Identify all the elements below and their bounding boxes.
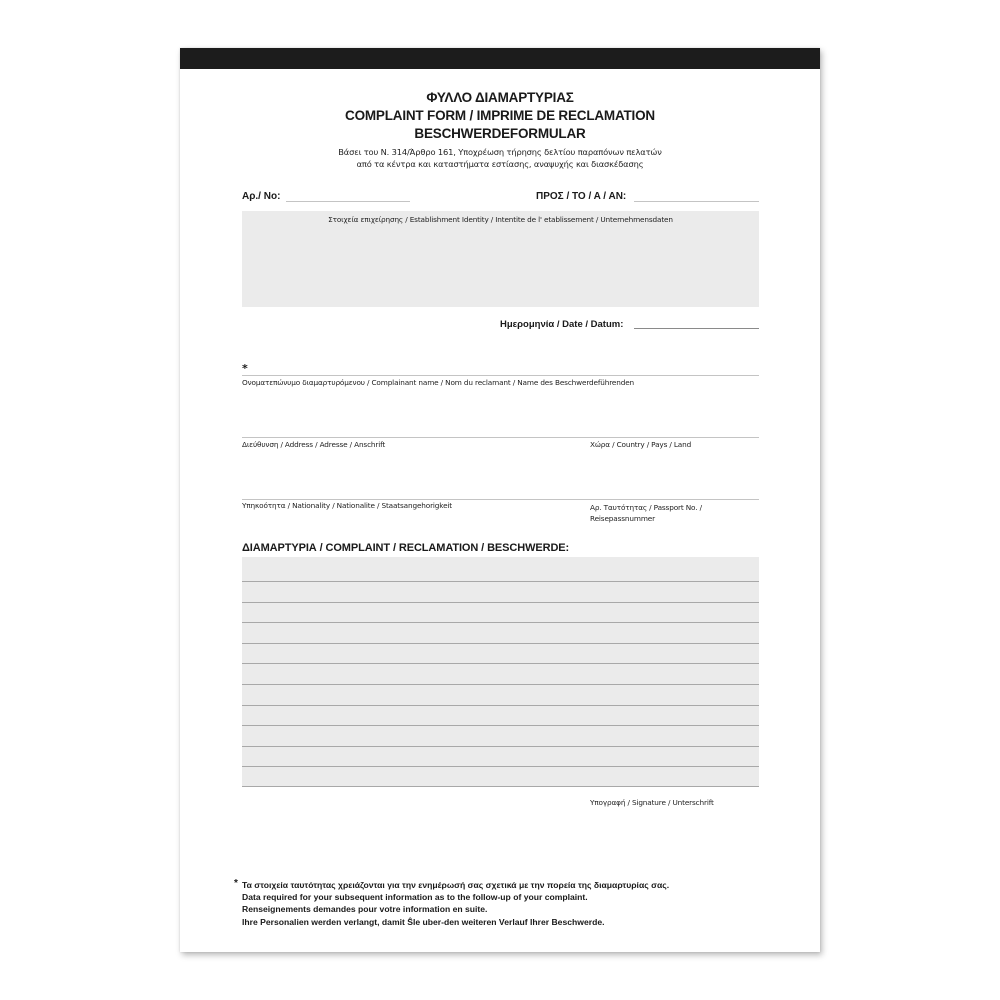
footnote-marker: * [234, 878, 238, 890]
number-label: Αρ./ No: [242, 191, 280, 202]
passport-label-line-2: Reisepassnummer [590, 513, 702, 524]
complaint-ruled-line [242, 725, 759, 726]
passport-label-line-1: Αρ. Ταυτότητας / Passport No. / [590, 502, 702, 513]
complaint-ruled-line [242, 746, 759, 747]
subtitle-line-1: Βάσει του Ν. 314/Άρθρο 161, Υποχρέωση τή… [180, 146, 820, 158]
date-field[interactable] [634, 328, 759, 329]
required-marker: * [242, 362, 248, 375]
complaint-ruled-line [242, 786, 759, 787]
to-label: ΠΡΟΣ / TO / A / AN: [536, 191, 626, 202]
footnote-line-french: Renseignements demandes pour votre infor… [242, 903, 802, 915]
legal-subtitle: Βάσει του Ν. 314/Άρθρο 161, Υποχρέωση τή… [180, 146, 820, 170]
complaint-ruled-line [242, 622, 759, 623]
title-german: BESCHWERDEFORMULAR [180, 126, 820, 141]
complaint-textarea[interactable] [242, 557, 759, 787]
nationality-label: Υπηκοότητα / Nationality / Nationalite /… [242, 500, 452, 511]
complaint-ruled-line [242, 581, 759, 582]
signature-label: Υπογραφή / Signature / Unterschrift [590, 797, 714, 808]
to-field[interactable] [634, 201, 759, 202]
address-label: Διεύθυνση / Address / Adresse / Anschrif… [242, 439, 385, 450]
top-band [180, 48, 820, 69]
country-label: Χώρα / Country / Pays / Land [590, 439, 691, 450]
complainant-name-label: Ονοματεπώνυμο διαμαρτυρόμενου / Complain… [242, 377, 634, 388]
footnote: * Τα στοιχεία ταυτότητας χρειάζονται για… [242, 879, 802, 928]
number-field[interactable] [286, 201, 410, 202]
establishment-field[interactable]: Στοιχεία επιχείρησης / Establishment Ide… [242, 211, 759, 307]
footnote-line-greek: Τα στοιχεία ταυτότητας χρειάζονται για τ… [242, 879, 802, 891]
complaint-ruled-line [242, 602, 759, 603]
complaint-ruled-line [242, 663, 759, 664]
establishment-label: Στοιχεία επιχείρησης / Establishment Ide… [242, 214, 759, 225]
complaint-ruled-line [242, 684, 759, 685]
subtitle-line-2: από τα κέντρα και καταστήματα εστίασης, … [180, 158, 820, 170]
footnote-line-german: Ihre Personalien werden verlangt, damit … [242, 916, 802, 928]
complaint-ruled-line [242, 766, 759, 767]
address-field[interactable] [242, 437, 759, 438]
passport-label: Αρ. Ταυτότητας / Passport No. / Reisepas… [590, 502, 702, 524]
complainant-name-field[interactable] [242, 375, 759, 376]
complaint-heading: ΔΙΑΜΑΡΤΥΡΙΑ / COMPLAINT / RECLAMATION / … [242, 542, 569, 554]
complaint-ruled-line [242, 643, 759, 644]
date-label: Ημερομηνία / Date / Datum: [500, 319, 623, 330]
complaint-form-page: ΦΥΛΛΟ ΔΙΑΜΑΡΤΥΡΙΑΣ COMPLAINT FORM / IMPR… [180, 48, 820, 952]
footnote-line-english: Data required for your subsequent inform… [242, 891, 802, 903]
title-greek: ΦΥΛΛΟ ΔΙΑΜΑΡΤΥΡΙΑΣ [180, 90, 820, 105]
title-english-french: COMPLAINT FORM / IMPRIME DE RECLAMATION [180, 108, 820, 123]
complaint-ruled-line [242, 705, 759, 706]
